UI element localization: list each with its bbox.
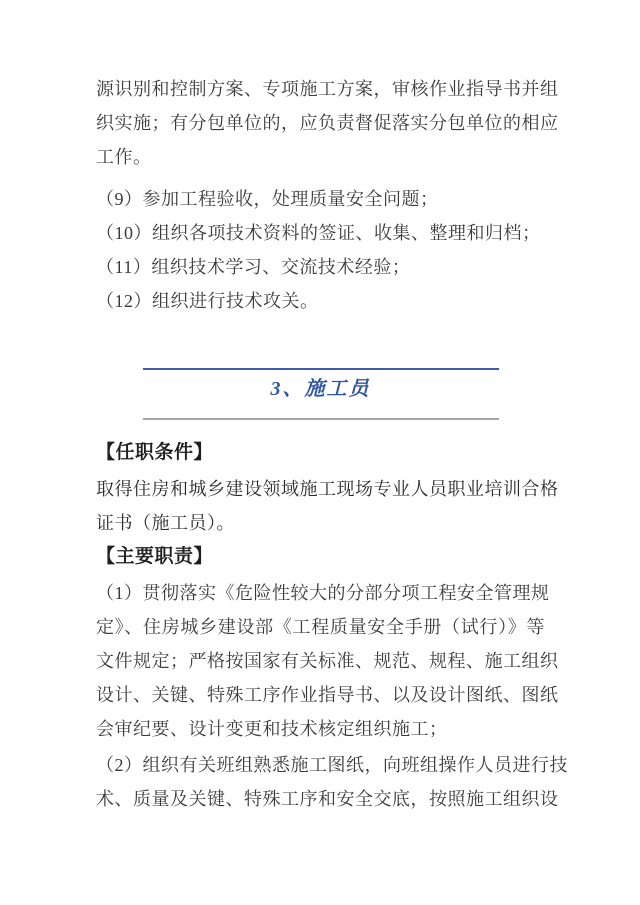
- text-line: （1）贯彻落实《危险性较大的分部分项工程安全管理规: [96, 576, 545, 610]
- list-item: （10）组织各项技术资料的签证、收集、整理和归档；: [96, 216, 545, 250]
- qualification-paragraph: 取得住房和城乡建设领域施工现场专业人员职业培训合格 证书（施工员）。: [96, 472, 545, 540]
- text-line: 织实施；有分包单位的，应负责督促落实分包单位的相应: [96, 106, 545, 140]
- text-line: 证书（施工员）。: [96, 506, 545, 540]
- numbered-duties-list: （9）参加工程验收，处理质量安全问题； （10）组织各项技术资料的签证、收集、整…: [96, 182, 545, 318]
- list-item: （9）参加工程验收，处理质量安全问题；: [96, 182, 545, 216]
- duty-item-1: （1）贯彻落实《危险性较大的分部分项工程安全管理规 定》、住房城乡建设部《工程质…: [96, 576, 545, 746]
- list-item: （11）组织技术学习、交流技术经验；: [96, 250, 545, 284]
- text-line: 工作。: [96, 140, 545, 174]
- qualification-header: 【任职条件】: [96, 438, 545, 468]
- document-page: 源识别和控制方案、专项施工方案，审核作业指导书并组 织实施；有分包单位的，应负责…: [0, 0, 640, 905]
- list-item: （12）组织进行技术攻关。: [96, 284, 545, 318]
- text-line: 术、质量及关键、特殊工序和安全交底，按照施工组织设: [96, 782, 545, 816]
- text-line: 定》、住房城乡建设部《工程质量安全手册（试行）》等: [96, 610, 545, 644]
- text-line: 取得住房和城乡建设领域施工现场专业人员职业培训合格: [96, 472, 545, 506]
- intro-paragraph: 源识别和控制方案、专项施工方案，审核作业指导书并组 织实施；有分包单位的，应负责…: [96, 72, 545, 174]
- duties-header: 【主要职责】: [96, 542, 545, 572]
- text-line: 源识别和控制方案、专项施工方案，审核作业指导书并组: [96, 72, 545, 106]
- section-heading: 3、施工员: [143, 374, 499, 404]
- duty-item-2: （2）组织有关班组熟悉施工图纸，向班组操作人员进行技 术、质量及关键、特殊工序和…: [96, 748, 545, 816]
- text-line: （2）组织有关班组熟悉施工图纸，向班组操作人员进行技: [96, 748, 545, 782]
- text-line: 文件规定；严格按国家有关标准、规范、规程、施工组织: [96, 644, 545, 678]
- section-heading-block: 3、施工员: [143, 368, 499, 420]
- text-line: 设计、关键、特殊工序作业指导书、以及设计图纸、图纸: [96, 678, 545, 712]
- text-line: 会审纪要、设计变更和技术核定组织施工；: [96, 712, 545, 746]
